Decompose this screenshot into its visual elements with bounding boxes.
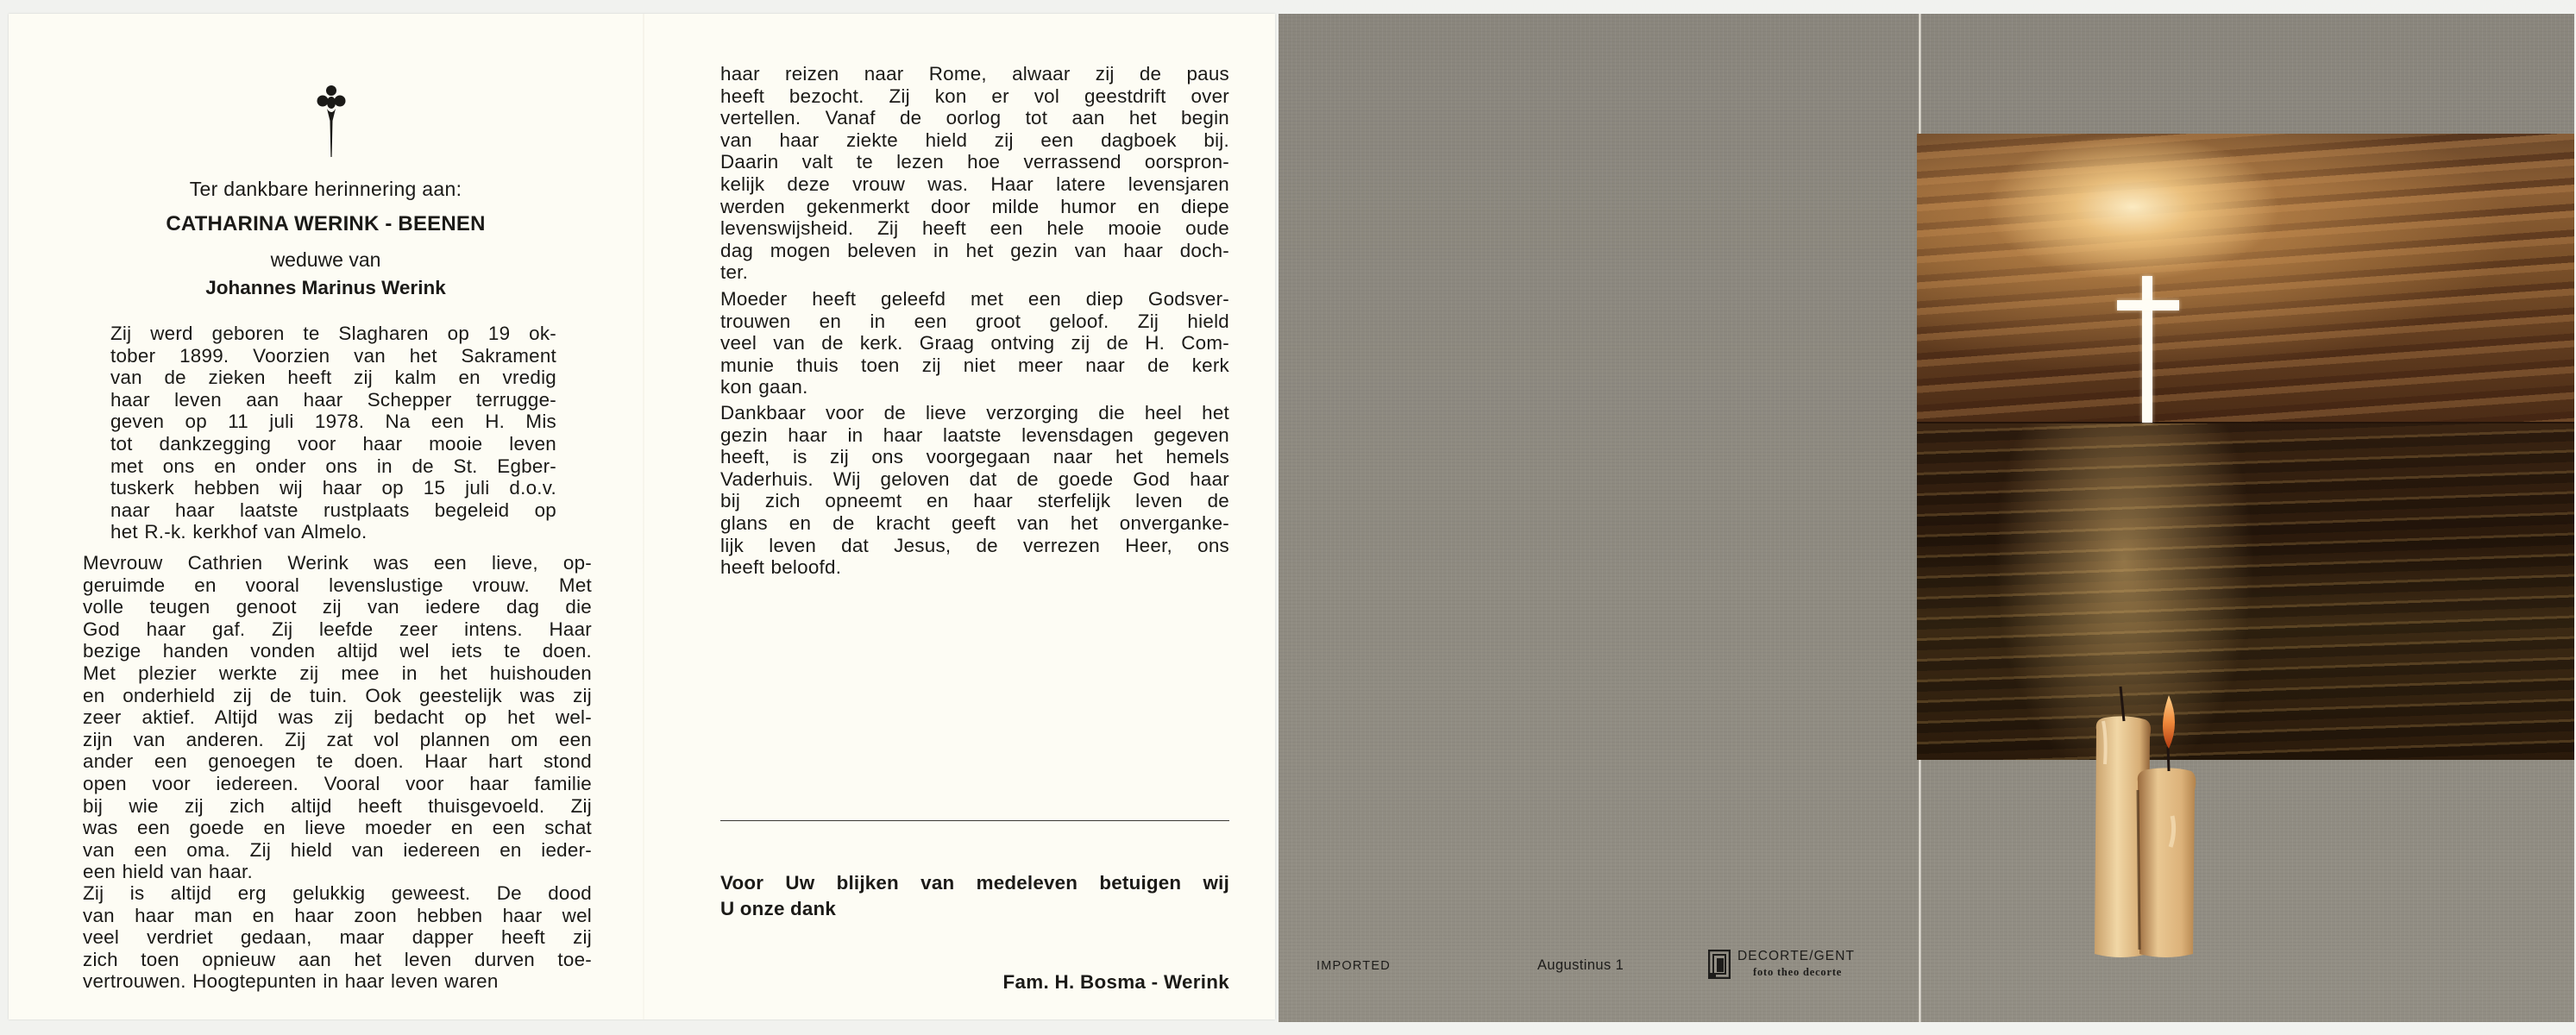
intro-text: Ter dankbare herinnering aan:	[9, 178, 643, 201]
text-line: trouwen en in een groot geloof. Zij hiel…	[720, 310, 1229, 333]
text-line: heeft beloofd.	[720, 556, 1229, 579]
text-line: met ons en onder ons in de St. Egber-	[110, 455, 556, 478]
text-line: ander een genoegen te doen. Haar hart st…	[83, 750, 592, 773]
text-line: van een oma. Zij hield van iedereen en i…	[83, 839, 592, 862]
text-line: werden gekenmerkt door milde humor en di…	[720, 196, 1229, 218]
text-line: volle teugen genoot zij van iedere dag d…	[83, 596, 592, 618]
faith-paragraph: Moeder heeft geleefd met een diep Godsve…	[720, 288, 1229, 398]
text-line: Met plezier werkte zij mee in het huisho…	[83, 662, 592, 685]
text-line: Daarin valt te lezen hoe verrassend oors…	[720, 151, 1229, 173]
relation-text: weduwe van	[9, 248, 643, 272]
text-line: haar leven aan haar Schepper terrugge-	[110, 389, 556, 411]
text-line: ter.	[720, 261, 1229, 284]
text-line: zich toen opnieuw aan het leven durven t…	[83, 949, 592, 971]
horizon-line	[1917, 422, 2574, 423]
text-line: tober 1899. Voorzien van het Sakrament	[110, 345, 556, 367]
text-line: van de zieken heeft zij kalm en vredig	[110, 367, 556, 389]
text-line: het R.-k. kerkhof van Almelo.	[110, 521, 556, 543]
text-line: U onze dank	[720, 896, 1229, 922]
spouse-name: Johannes Marinus Werink	[9, 277, 643, 299]
text-line: tot dankzegging voor haar mooie leven	[110, 433, 556, 455]
text-line: Moeder heeft geleefd met een diep Godsve…	[720, 288, 1229, 310]
text-line: van haar ziekte hield zij een dagboek bi…	[720, 129, 1229, 152]
text-line: open voor iedereen. Vooral voor haar fam…	[83, 773, 592, 795]
text-line: lijk leven dat Jesus, de verrezen Heer, …	[720, 535, 1229, 557]
text-line: een hield van haar.	[83, 861, 592, 883]
cross-icon	[2142, 276, 2152, 423]
text-line: heeft bezocht. Zij kon er vol geestdrift…	[720, 85, 1229, 108]
text-line: vertrouwen. Hoogtepunten in haar leven w…	[83, 970, 592, 993]
text-line: Zij werd geboren te Slagharen op 19 ok-	[110, 323, 556, 345]
publisher-name: DECORTE/GENT	[1737, 949, 1855, 964]
text-line: glans en de kracht geeft van het onverga…	[720, 512, 1229, 535]
text-line: God haar gaf. Zij leefde zeer intens. Ha…	[83, 618, 592, 641]
sunset-sea-photo	[1917, 134, 2574, 760]
candle-icon	[2086, 669, 2207, 963]
text-line: tuskerk hebben wij haar op 15 juli d.o.v…	[110, 477, 556, 499]
text-line: haar reizen naar Rome, alwaar zij de pau…	[720, 63, 1229, 85]
decorte-logo-icon	[1708, 950, 1731, 979]
text-line: veel van de kerk. Graag ontving zij de H…	[720, 332, 1229, 354]
text-line: naar haar laatste rustplaats begeleid op	[110, 499, 556, 522]
divider-line	[720, 820, 1229, 821]
text-line: zeer aktief. Altijd was zij bedacht op h…	[83, 706, 592, 729]
inside-right-panel: haar reizen naar Rome, alwaar zij de pau…	[644, 14, 1275, 1019]
sunset-sky	[1917, 134, 2574, 423]
text-line: bij wie zij zich altijd heeft thuisgevoe…	[83, 795, 592, 818]
imported-label: IMPORTED	[1316, 959, 1391, 973]
text-line: munie thuis toen zij niet meer naar de k…	[720, 354, 1229, 377]
text-line: dag mogen beleven in het gezin van haar …	[720, 240, 1229, 262]
biography-paragraph: Zij werd geboren te Slagharen op 19 ok-t…	[110, 323, 556, 543]
cross-icon-bar	[2117, 300, 2179, 310]
text-line: Mevrouw Cathrien Werink was een lieve, o…	[83, 552, 592, 574]
text-line: kelijk deze vrouw was. Haar latere leven…	[720, 173, 1229, 196]
character-paragraph: Mevrouw Cathrien Werink was een lieve, o…	[83, 552, 592, 883]
life-paragraph: Zij is altijd erg gelukkig geweest. De d…	[83, 882, 592, 993]
text-line: Vaderhuis. Wij geloven dat de goede God …	[720, 468, 1229, 491]
series-label: Augustinus 1	[1537, 957, 1624, 974]
photo-credit: foto theo decorte	[1753, 966, 1842, 979]
gratitude-paragraph: Dankbaar voor de lieve verzorging die he…	[720, 402, 1229, 579]
inside-card: Ter dankbare herinnering aan: CATHARINA …	[9, 14, 1275, 1019]
text-line: zijn van anderen. Zij zat vol plannen om…	[83, 729, 592, 751]
text-line: geruimde en vooral levenslustige vrouw. …	[83, 574, 592, 597]
travel-paragraph: haar reizen naar Rome, alwaar zij de pau…	[720, 63, 1229, 284]
dagger-cross-icon	[314, 83, 349, 160]
text-line: bij zich opneemt en haar sterfelijk leve…	[720, 490, 1229, 512]
deceased-name: CATHARINA WERINK - BEENEN	[9, 212, 643, 236]
outside-card: IMPORTED Augustinus 1 DECORTE/GENT foto …	[1279, 14, 2574, 1022]
inside-left-panel: Ter dankbare herinnering aan: CATHARINA …	[9, 14, 643, 1019]
thanks-text: Voor Uw blijken van medeleven betuigen w…	[720, 870, 1229, 922]
text-line: Zij is altijd erg gelukkig geweest. De d…	[83, 882, 592, 905]
text-line: veel verdriet gedaan, maar dapper heeft …	[83, 926, 592, 949]
text-line: bezige handen vonden altijd wel iets te …	[83, 640, 592, 662]
text-line: van haar man en haar zoon hebben haar we…	[83, 905, 592, 927]
text-line: geven op 11 juli 1978. Na een H. Mis	[110, 411, 556, 433]
sea-water	[1917, 423, 2574, 760]
text-line: Dankbaar voor de lieve verzorging die he…	[720, 402, 1229, 424]
text-line: gezin haar in haar laatste levensdagen g…	[720, 424, 1229, 447]
text-line: Voor Uw blijken van medeleven betuigen w…	[720, 870, 1229, 896]
text-line: heeft, is zij ons voorgegaan naar het he…	[720, 446, 1229, 468]
text-line: levenswijsheid. Zij heeft een hele mooie…	[720, 217, 1229, 240]
text-line: was een goede en lieve moeder en een sch…	[83, 817, 592, 839]
family-signature: Fam. H. Bosma - Werink	[1003, 971, 1230, 994]
text-line: vertellen. Vanaf de oorlog tot aan het b…	[720, 107, 1229, 129]
text-line: en onderhield zij de tuin. Ook geestelij…	[83, 685, 592, 707]
text-line: kon gaan.	[720, 376, 1229, 398]
